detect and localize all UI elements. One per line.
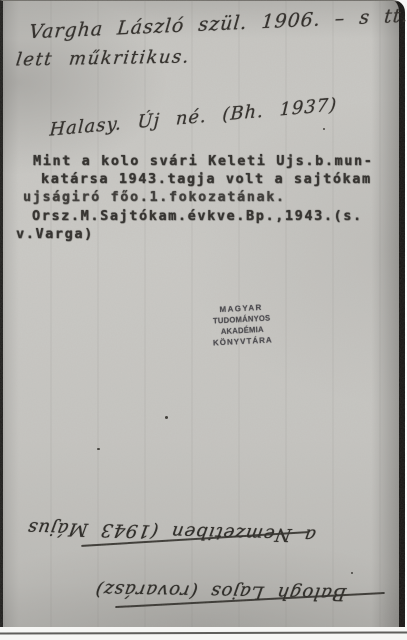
typed-line-4: Orsz.M.Sajtókam.évkve.Bp.,1943.(s.: [32, 208, 363, 224]
handwritten-note-top-line1: Vargha László szül. 1906. – s tt.: [28, 5, 407, 44]
typed-line-2: katársa 1943.tagja volt a sajtókam: [41, 171, 372, 187]
typed-line-3: ujságiró főo.1.fokozatának.: [23, 189, 286, 205]
paper-card: Vargha László szül. 1906. – s tt. lett m…: [0, 0, 405, 627]
ink-speck: [97, 448, 100, 450]
ink-speck: [323, 128, 325, 130]
typed-line-5: v.Varga): [16, 226, 94, 242]
scanned-archival-card: { "document": { "kind": "scanned library…: [0, 0, 407, 640]
ink-speck: [351, 572, 353, 574]
library-stamp: MAGYAR TUDOMÁNYOS AKADÉMIA KÖNYVTÁRA: [188, 301, 296, 349]
crossed-out-note-1: a Nemzetiben (1943 Május: [25, 517, 317, 545]
handwritten-note-middle: Halasy. Új né. (Bh. 1937): [49, 94, 338, 140]
ink-speck: [165, 416, 168, 419]
handwritten-note-top-line2: lett műkritikus.: [15, 46, 192, 70]
typed-line-1: Mint a kolo svári Keleti Ujs.b.mun-: [33, 153, 373, 169]
